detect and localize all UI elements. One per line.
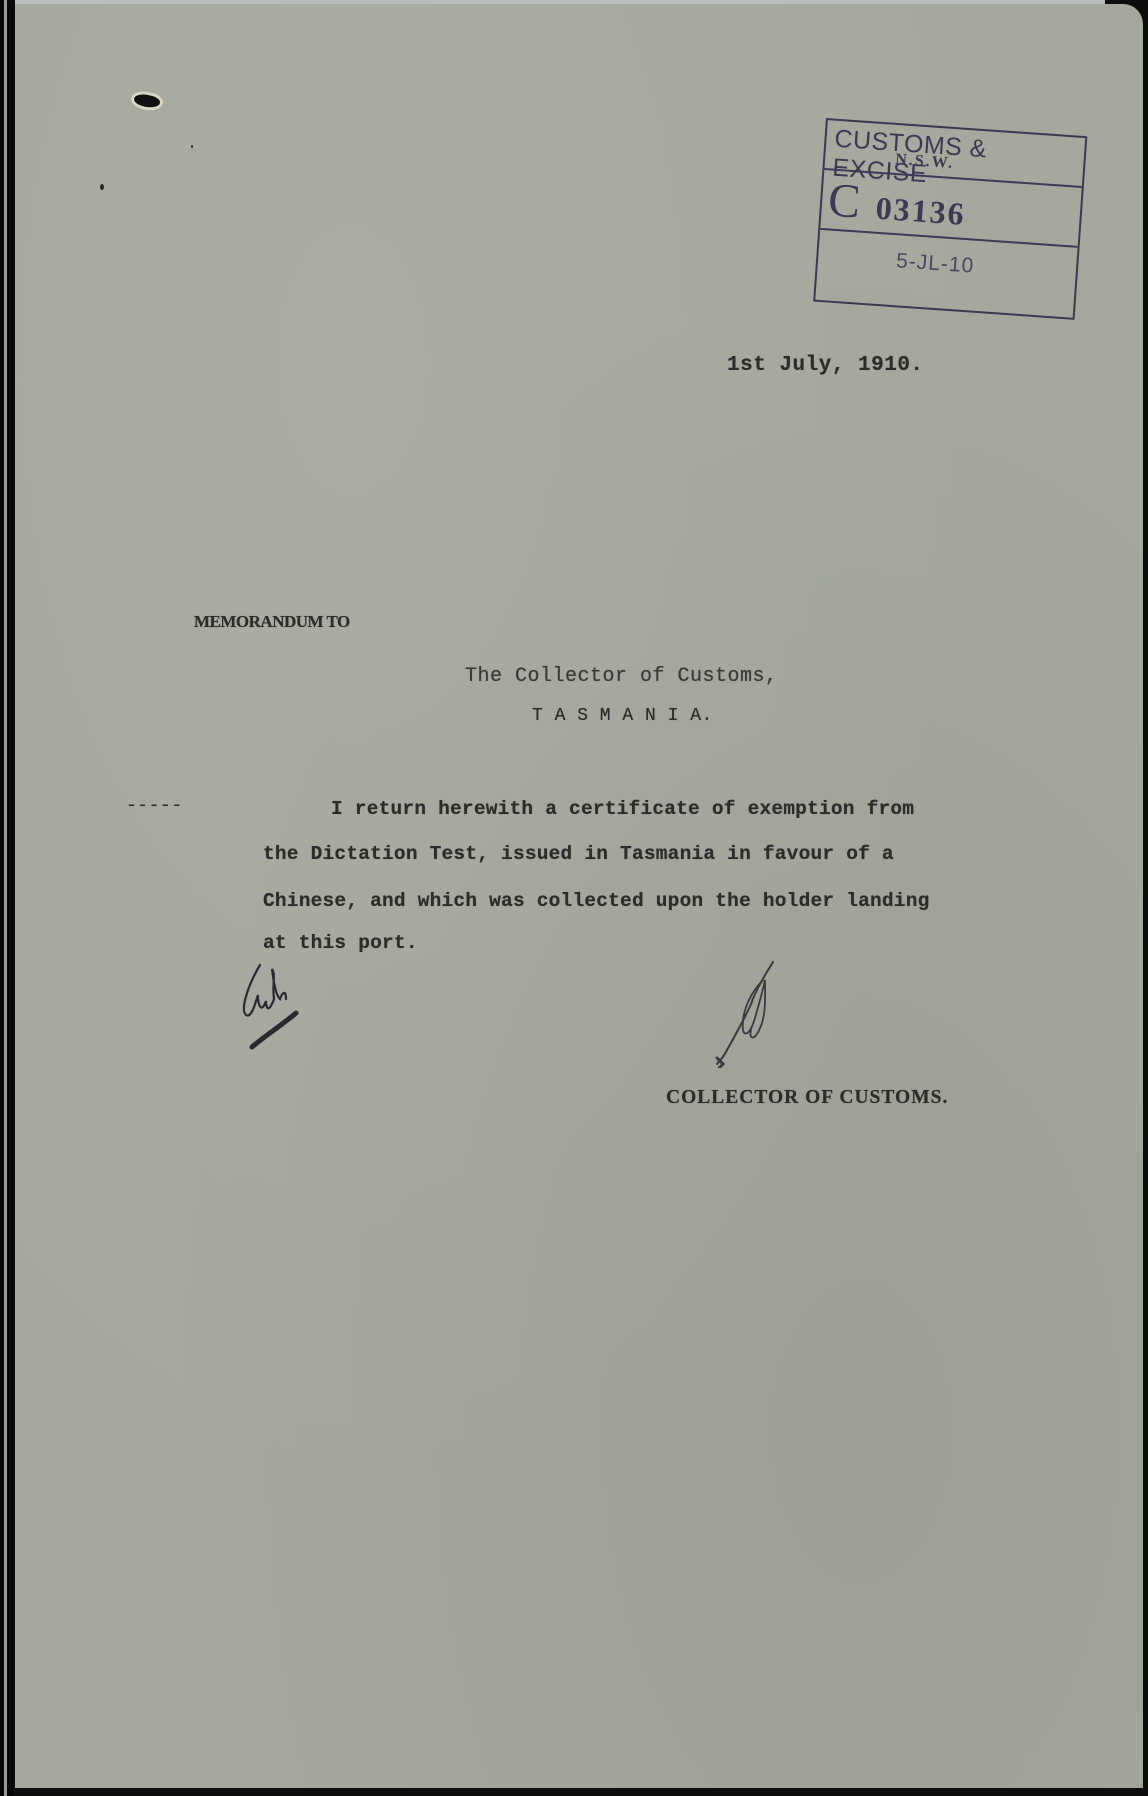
scan-edge-rule: [4, 0, 7, 1796]
memo-heading: MEMORANDUM TO: [194, 612, 350, 632]
body-line-4: at this port.: [263, 932, 418, 954]
addressee-line-2: T A S M A N I A.: [532, 706, 713, 726]
margin-dashes: -----: [126, 796, 183, 816]
body-line-1: I return herewith a certificate of exemp…: [331, 798, 914, 820]
customs-stamp: CUSTOMS & EXCISE N.S.W. C 03136 5-JL-10: [813, 118, 1087, 320]
stamp-date: 5-JL-10: [895, 249, 975, 278]
body-line-3: Chinese, and which was collected upon th…: [263, 890, 930, 912]
body-line-2: the Dictation Test, issued in Tasmania i…: [263, 843, 894, 865]
handwritten-initials: [238, 955, 308, 1050]
paper-speck: [100, 184, 104, 190]
letter-date: 1st July, 1910.: [727, 354, 924, 377]
sign-off-title: COLLECTOR OF CUSTOMS.: [666, 1087, 948, 1109]
paper-speck: [191, 145, 193, 148]
stamp-number: 03136: [875, 190, 967, 233]
scan-border-left: [0, 0, 14, 1796]
handwritten-signature: [705, 958, 785, 1068]
addressee-line-1: The Collector of Customs,: [465, 665, 778, 688]
stamp-prefix: C: [826, 172, 862, 229]
